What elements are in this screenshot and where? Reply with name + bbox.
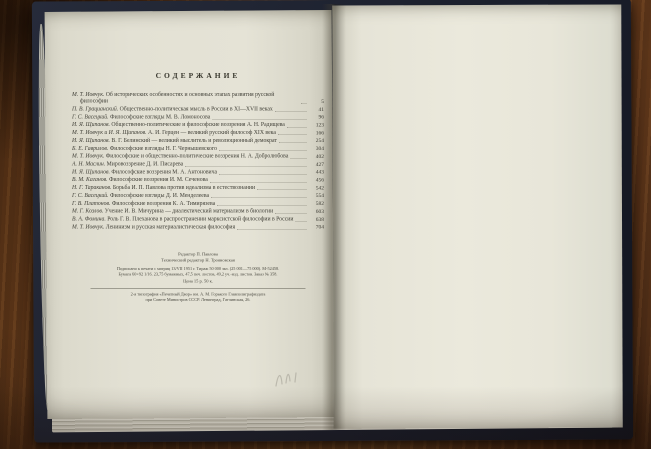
toc-entry-title: А. И. Герцен — великий русский философ X… xyxy=(148,130,276,136)
toc-entry-author: И. Я. Щипанов. xyxy=(72,122,110,128)
toc-entry-title: В. Г. Белинский — великий мыслитель и ре… xyxy=(111,137,277,143)
toc-entry-author: Г. С. Васецкий. xyxy=(72,114,109,120)
toc-entry-text: В. А. Фомина. Роль Г. В. Плеханова в рас… xyxy=(72,216,293,223)
dot-leader xyxy=(301,103,307,104)
dot-leader xyxy=(217,205,307,206)
toc-entry: В. А. Фомина. Роль Г. В. Плеханова в рас… xyxy=(72,216,324,223)
toc-entry-text: П. В. Грацианский. Общественно-политичес… xyxy=(72,106,273,113)
toc-entry-title: Учение И. В. Мичурина — диалектический м… xyxy=(105,208,273,214)
toc-entry-author: М. Г. Козлов. xyxy=(72,208,103,214)
colophon-printer-line-2: при Совете Министров СССР. Ленинград, Га… xyxy=(91,297,306,303)
toc-entry-page-number: 542 xyxy=(309,185,324,191)
toc-entry-page-number: 96 xyxy=(309,114,324,120)
toc-entry-text: И. Я. Щипанов. Общественно-политические … xyxy=(72,122,285,129)
toc-entry-page-number: 166 xyxy=(309,130,324,136)
toc-entry-title: Философские и общественно-политические в… xyxy=(106,153,289,159)
toc-entry-page-number: 5 xyxy=(309,98,324,104)
toc-entry-page-number: 123 xyxy=(309,122,324,128)
toc-entry: М. Т. Иовчук. Философские и общественно-… xyxy=(72,153,324,160)
toc-entry-page-number: 304 xyxy=(309,146,324,152)
toc-entry: А. Н. Маслин. Мировоззрение Д. И. Писаре… xyxy=(72,161,324,168)
toc-entry-author: В. М. Каганов. xyxy=(72,177,108,183)
toc-entry-page-number: 456 xyxy=(309,177,324,183)
dot-leader xyxy=(278,135,307,136)
dot-leader xyxy=(237,229,307,230)
toc-entry-author: Б. Е. Гаврилов. xyxy=(72,145,108,151)
toc-entry-author: А. Н. Маслин. xyxy=(72,161,105,167)
toc-entry-title: Борьба И. П. Павлова против идеализма в … xyxy=(113,185,255,191)
toc-entry-title: Общественно-политические и философские в… xyxy=(111,122,284,128)
table-of-contents: СОДЕРЖАНИЕ М. Т. Иовчук. Об исторических… xyxy=(72,72,324,392)
pencil-mark xyxy=(270,364,304,397)
toc-entry-text: М. Т. Иовчук и И. Я. Щипанов. А. И. Герц… xyxy=(72,130,276,137)
dot-leader xyxy=(185,166,307,167)
toc-entry: И. Я. Щипанов. Общественно-политические … xyxy=(72,122,324,129)
toc-entry: Г. С. Васецкий. Философские взгляды М. В… xyxy=(72,114,324,121)
dot-leader xyxy=(279,143,307,144)
toc-entry-text: И. Я. Щипанов. В. Г. Белинский — великий… xyxy=(72,137,277,144)
toc-entry-text: М. Т. Иовчук. Об исторических особенност… xyxy=(72,92,299,105)
colophon-divider xyxy=(91,288,306,289)
toc-entry-author: М. Т. Иовчук. xyxy=(72,92,104,98)
dot-leader xyxy=(287,127,307,128)
toc-entry-text: И. Я. Щипанов. Философские воззрения М. … xyxy=(72,169,217,176)
toc-entry: М. Т. Иовчук и И. Я. Щипанов. А. И. Герц… xyxy=(72,130,324,137)
dot-leader xyxy=(211,198,307,199)
dot-leader xyxy=(290,158,307,159)
dot-leader xyxy=(212,119,307,120)
dot-leader xyxy=(295,221,307,222)
toc-entry-page-number: 443 xyxy=(309,169,324,175)
dot-leader xyxy=(219,174,307,175)
toc-entry-page-number: 603 xyxy=(309,208,324,214)
toc-entry-author: Н. Г. Тараканов. xyxy=(72,185,111,191)
toc-entry-author: М. Т. Иовчук. xyxy=(72,153,104,159)
dot-leader xyxy=(210,182,307,183)
toc-entry-title: Философские взгляды М. В. Ломоносова xyxy=(110,114,210,120)
toc-entry: М. Т. Иовчук. Ленинизм и русская материа… xyxy=(72,224,324,231)
toc-entry-text: Б. Е. Гаврилов. Философские взгляды Н. Г… xyxy=(72,145,217,152)
toc-entry-page-number: 704 xyxy=(309,224,324,230)
toc-entry-author: В. А. Фомина. xyxy=(72,216,106,222)
right-page-blank xyxy=(332,4,622,428)
book-photo: СОДЕРЖАНИЕ М. Т. Иовчук. Об исторических… xyxy=(0,0,651,449)
toc-entry-text: В. М. Каганов. Философские воззрения И. … xyxy=(72,177,208,184)
toc-entry-author: Г. В. Платонов. xyxy=(72,200,110,206)
toc-entry: М. Г. Козлов. Учение И. В. Мичурина — ди… xyxy=(72,208,324,215)
toc-entry-text: М. Т. Иовчук. Философские и общественно-… xyxy=(72,153,288,160)
toc-entry-page-number: 41 xyxy=(309,106,324,112)
toc-entry-title: Философские воззрения К. А. Тимирязева xyxy=(112,200,215,206)
toc-entry-author: И. Я. Щипанов. xyxy=(72,137,110,143)
toc-entry: И. Я. Щипанов. В. Г. Белинский — великий… xyxy=(72,137,324,144)
dot-leader xyxy=(219,150,307,151)
colophon-price: Цена 15 р. 50 к. xyxy=(91,279,306,285)
toc-entry-author: М. Т. Иовчук. xyxy=(72,224,104,230)
colophon-print-line-2: Бумага 60×92 1/16. 23,75 бумажных, 47,5 … xyxy=(91,272,306,278)
toc-entry-title: Философские взгляды Н. Г. Чернышевского xyxy=(110,145,217,151)
toc-entry-page-number: 638 xyxy=(309,216,324,222)
colophon: Редактор П. Павлова Технический редактор… xyxy=(91,251,306,302)
toc-entry-text: Г. В. Платонов. Философские воззрения К.… xyxy=(72,200,215,207)
toc-entry-title: Общественно-политическая мысль в России … xyxy=(120,106,273,112)
toc-entry: Г. В. Платонов. Философские воззрения К.… xyxy=(72,200,324,207)
toc-entry-author: П. В. Грацианский. xyxy=(72,106,118,112)
toc-entry: Б. Е. Гаврилов. Философские взгляды Н. Г… xyxy=(72,145,324,152)
toc-entry-page-number: 554 xyxy=(309,193,324,199)
toc-entry-title: Философские воззрения И. М. Сеченова xyxy=(109,177,208,183)
toc-title: СОДЕРЖАНИЕ xyxy=(72,72,324,81)
dot-leader xyxy=(275,213,307,214)
toc-entry: Г. С. Васецкий. Философские взгляды Д. И… xyxy=(72,192,324,199)
toc-entry-page-number: 582 xyxy=(309,201,324,207)
toc-entry-author: Г. С. Васецкий. xyxy=(72,192,109,198)
toc-entry-title: Философские взгляды Д. И. Менделеева xyxy=(110,192,209,198)
dot-leader xyxy=(257,190,307,191)
toc-entry: И. Я. Щипанов. Философские воззрения М. … xyxy=(72,169,324,176)
toc-entry-page-number: 402 xyxy=(309,153,324,159)
toc-entry: В. М. Каганов. Философские воззрения И. … xyxy=(72,177,324,184)
toc-entry-title: Об исторических особенностях и основных … xyxy=(80,92,274,105)
toc-entry-page-number: 427 xyxy=(309,161,324,167)
toc-entry-page-number: 254 xyxy=(309,138,324,144)
toc-entry-text: Н. Г. Тараканов. Борьба И. П. Павлова пр… xyxy=(72,185,255,192)
gutter-shadow xyxy=(322,4,346,430)
toc-entry: Н. Г. Тараканов. Борьба И. П. Павлова пр… xyxy=(72,185,324,192)
toc-entry-author: И. Я. Щипанов. xyxy=(72,169,110,175)
toc-entry-title: Ленинизм и русская материалистическая фи… xyxy=(106,224,235,230)
dot-leader xyxy=(275,111,307,112)
toc-entry-author: М. Т. Иовчук и И. Я. Щипанов. xyxy=(72,130,147,136)
toc-entry-text: Г. С. Васецкий. Философские взгляды М. В… xyxy=(72,114,210,121)
toc-entry-text: М. Т. Иовчук. Ленинизм и русская материа… xyxy=(72,224,235,231)
toc-entry-text: А. Н. Маслин. Мировоззрение Д. И. Писаре… xyxy=(72,161,183,168)
toc-entry: М. Т. Иовчук. Об исторических особенност… xyxy=(72,92,324,105)
toc-entry-text: М. Г. Козлов. Учение И. В. Мичурина — ди… xyxy=(72,208,273,215)
toc-entry-text: Г. С. Васецкий. Философские взгляды Д. И… xyxy=(72,192,209,199)
toc-entry-title: Роль Г. В. Плеханова в распространении м… xyxy=(107,216,293,222)
toc-entry-title: Мировоззрение Д. И. Писарева xyxy=(107,161,184,167)
toc-entry-title: Философские воззрения М. А. Антоновича xyxy=(111,169,217,175)
toc-entry: П. В. Грацианский. Общественно-политичес… xyxy=(72,106,324,113)
toc-entry-list: М. Т. Иовчук. Об исторических особенност… xyxy=(72,92,324,231)
